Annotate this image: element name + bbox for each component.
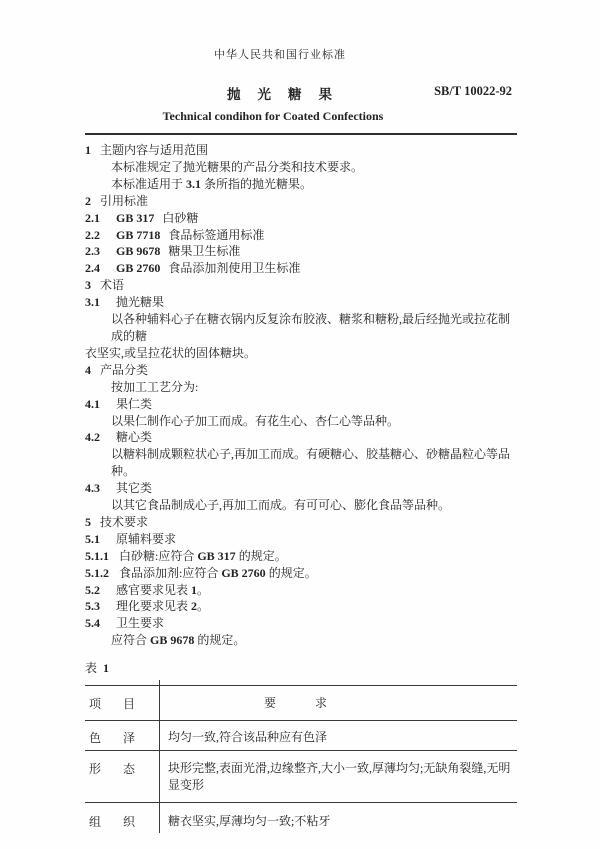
text-segment: 3.1 bbox=[85, 295, 100, 309]
table-row: 形态 块形完整,表面光滑,边缘整齐,大小一致,厚薄均匀;无缺角裂缝,无明显变形 bbox=[85, 751, 517, 803]
text-segment: 2.1 bbox=[85, 211, 100, 225]
text-segment: 抛光糖果 bbox=[116, 295, 164, 309]
text-line: 应符合 GB 9678 的规定。 bbox=[85, 632, 517, 649]
item-cell: 色泽 bbox=[85, 721, 159, 750]
sensory-requirements-table: 项目 要求 色泽 均匀一致,符合该品种应有色泽 形态 块形完整,表面光滑,边缘整… bbox=[85, 685, 517, 841]
text-segment: 果仁类 bbox=[116, 397, 152, 411]
requirement-cell: 块形完整,表面光滑,边缘整齐,大小一致,厚薄均匀;无缺角裂缝,无明显变形 bbox=[159, 751, 517, 802]
text-segment: GB 9678 bbox=[116, 244, 160, 258]
text-line: 3术语 bbox=[85, 277, 517, 294]
text-segment: 以各种辅料心子在糖衣锅内反复涂布胶液、糖浆和糖粉,最后经抛光或拉花制成的糖 bbox=[111, 312, 510, 343]
text-segment: 条所指的抛光糖果。 bbox=[201, 177, 312, 191]
table-label-number: 1 bbox=[103, 661, 109, 675]
text-segment: 2 bbox=[85, 194, 91, 208]
text-segment: 1 bbox=[85, 143, 91, 157]
text-line: 4.2糖心类 bbox=[85, 429, 517, 446]
text-line: 1主题内容与适用范围 bbox=[85, 142, 517, 159]
text-line: 2.3GB 9678糖果卫生标准 bbox=[85, 243, 517, 260]
text-segment: 4.2 bbox=[85, 430, 100, 444]
text-segment: 5.1.1 bbox=[85, 549, 109, 563]
text-segment: 4.1 bbox=[85, 397, 100, 411]
text-segment: 以果仁制作心子加工而成。有花生心、杏仁心等品种。 bbox=[111, 414, 399, 428]
text-segment: 理化要求见表 bbox=[116, 599, 191, 613]
text-segment: 4.3 bbox=[85, 481, 100, 495]
text-segment: 5.2 bbox=[85, 583, 100, 597]
text-segment: 5.1.2 bbox=[85, 566, 109, 580]
table-label-prefix: 表 bbox=[85, 661, 97, 675]
text-line: 以其它食品制成心子,再加工而成。有可可心、膨化食品等品种。 bbox=[85, 497, 517, 514]
text-segment: 2.4 bbox=[85, 261, 100, 275]
text-segment: 术语 bbox=[100, 278, 124, 292]
text-segment: 5 bbox=[85, 515, 91, 529]
text-line: 2.4GB 2760食品添加剂使用卫生标准 bbox=[85, 260, 517, 277]
text-segment: 3 bbox=[85, 278, 91, 292]
text-line: 4产品分类 bbox=[85, 362, 517, 379]
text-segment: 5.1 bbox=[85, 532, 100, 546]
requirement-cell: 均匀一致,符合该品种应有色泽 bbox=[159, 721, 517, 750]
item-cell: 形态 bbox=[85, 751, 159, 802]
header-cell-item: 项目 bbox=[85, 686, 159, 720]
text-segment: GB 2760 bbox=[116, 261, 160, 275]
text-segment: 。 bbox=[197, 583, 209, 597]
text-line: 5技术要求 bbox=[85, 514, 517, 531]
text-segment: 按加工工艺分为: bbox=[111, 380, 198, 394]
text-segment: 卫生要求 bbox=[116, 616, 164, 630]
text-segment: GB 9678 bbox=[150, 633, 194, 647]
header-cell-requirement: 要求 bbox=[159, 686, 517, 720]
document-title-en: Technical condihon for Coated Confection… bbox=[57, 109, 489, 124]
text-line: 本标准规定了抛光糖果的产品分类和技术要求。 bbox=[85, 159, 517, 176]
text-segment: 衣坚实,或呈拉花状的固体糖块。 bbox=[85, 346, 256, 360]
text-segment: 应符合 bbox=[111, 633, 150, 647]
text-segment: 4 bbox=[85, 363, 91, 377]
text-line: 以果仁制作心子加工而成。有花生心、杏仁心等品种。 bbox=[85, 413, 517, 430]
text-segment: 糖果卫生标准 bbox=[168, 244, 240, 258]
text-line: 5.3理化要求见表 2。 bbox=[85, 598, 517, 615]
text-segment: 本标准适用于 bbox=[111, 177, 186, 191]
text-segment: 以其它食品制成心子,再加工而成。有可可心、膨化食品等品种。 bbox=[111, 498, 450, 512]
item-cell: 组织 bbox=[85, 803, 159, 841]
text-line: 以各种辅料心子在糖衣锅内反复涂布胶液、糖浆和糖粉,最后经抛光或拉花制成的糖 bbox=[85, 311, 517, 345]
text-segment: 糖心类 bbox=[116, 430, 152, 444]
text-segment: GB 2760 bbox=[221, 566, 265, 580]
text-line: 2引用标准 bbox=[85, 193, 517, 210]
standard-number: SB/T 10022-92 bbox=[434, 84, 512, 99]
table-row: 组织 糖衣坚实,厚薄均匀一致;不粘牙 bbox=[85, 803, 517, 841]
title-row: 抛光糖果 SB/T 10022-92 bbox=[85, 83, 517, 101]
text-line: 以糖料制成颗粒状心子,再加工而成。有硬糖心、胶基糖心、砂糖晶粒心等品种。 bbox=[85, 446, 517, 480]
text-segment: 5.4 bbox=[85, 616, 100, 630]
text-segment: 食品添加剂:应符合 bbox=[119, 566, 221, 580]
text-line: 按加工工艺分为: bbox=[85, 379, 517, 396]
text-line: 5.2感官要求见表 1。 bbox=[85, 582, 517, 599]
text-line: 衣坚实,或呈拉花状的固体糖块。 bbox=[85, 345, 517, 362]
org-label: 中华人民共和国行业标准 bbox=[64, 48, 496, 62]
text-line: 4.3其它类 bbox=[85, 480, 517, 497]
text-segment: 3.1 bbox=[186, 177, 201, 191]
table-row: 色泽 均匀一致,符合该品种应有色泽 bbox=[85, 721, 517, 751]
text-line: 4.1果仁类 bbox=[85, 396, 517, 413]
text-segment: 白砂糖:应符合 bbox=[119, 549, 197, 563]
table-label: 表1 bbox=[85, 661, 517, 675]
text-segment: 的规定。 bbox=[194, 633, 245, 647]
text-line: 本标准适用于 3.1 条所指的抛光糖果。 bbox=[85, 176, 517, 193]
text-segment: 产品分类 bbox=[100, 363, 148, 377]
text-segment: 主题内容与适用范围 bbox=[100, 143, 208, 157]
text-segment: 白砂糖 bbox=[162, 211, 198, 225]
text-segment: 的规定。 bbox=[266, 566, 317, 580]
column-divider bbox=[159, 680, 160, 833]
text-segment: GB 317 bbox=[197, 549, 235, 563]
text-segment: GB 7718 bbox=[116, 228, 160, 242]
document-title-cn: 抛光糖果 bbox=[227, 83, 349, 103]
text-line: 2.1GB 317白砂糖 bbox=[85, 210, 517, 227]
text-segment: 2.2 bbox=[85, 228, 100, 242]
text-segment: 以糖料制成颗粒状心子,再加工而成。有硬糖心、胶基糖心、砂糖晶粒心等品种。 bbox=[111, 447, 510, 478]
text-segment: 食品标签通用标准 bbox=[168, 228, 264, 242]
body-text: 1主题内容与适用范围本标准规定了抛光糖果的产品分类和技术要求。本标准适用于 3.… bbox=[85, 142, 517, 649]
text-segment: 食品添加剂使用卫生标准 bbox=[168, 261, 300, 275]
text-line: 5.1.2食品添加剂:应符合 GB 2760 的规定。 bbox=[85, 565, 517, 582]
text-segment: 原辅料要求 bbox=[116, 532, 176, 546]
text-line: 3.1抛光糖果 bbox=[85, 294, 517, 311]
header-rule bbox=[85, 133, 517, 135]
text-line: 5.1原辅料要求 bbox=[85, 531, 517, 548]
text-line: 5.1.1白砂糖:应符合 GB 317 的规定。 bbox=[85, 548, 517, 565]
text-segment: 其它类 bbox=[116, 481, 152, 495]
text-segment: 本标准规定了抛光糖果的产品分类和技术要求。 bbox=[111, 160, 363, 174]
text-segment: 5.3 bbox=[85, 599, 100, 613]
text-segment: 感官要求见表 bbox=[116, 583, 191, 597]
table-header-row: 项目 要求 bbox=[85, 686, 517, 721]
text-line: 5.4卫生要求 bbox=[85, 615, 517, 632]
document-page: 中华人民共和国行业标准 抛光糖果 SB/T 10022-92 Technical… bbox=[0, 0, 600, 849]
text-segment: 的规定。 bbox=[236, 549, 287, 563]
text-segment: 技术要求 bbox=[100, 515, 148, 529]
requirement-cell: 糖衣坚实,厚薄均匀一致;不粘牙 bbox=[159, 803, 517, 841]
text-segment: 2.3 bbox=[85, 244, 100, 258]
text-segment: GB 317 bbox=[116, 211, 154, 225]
text-segment: 引用标准 bbox=[100, 194, 148, 208]
text-line: 2.2GB 7718食品标签通用标准 bbox=[85, 227, 517, 244]
text-segment: 。 bbox=[197, 599, 209, 613]
